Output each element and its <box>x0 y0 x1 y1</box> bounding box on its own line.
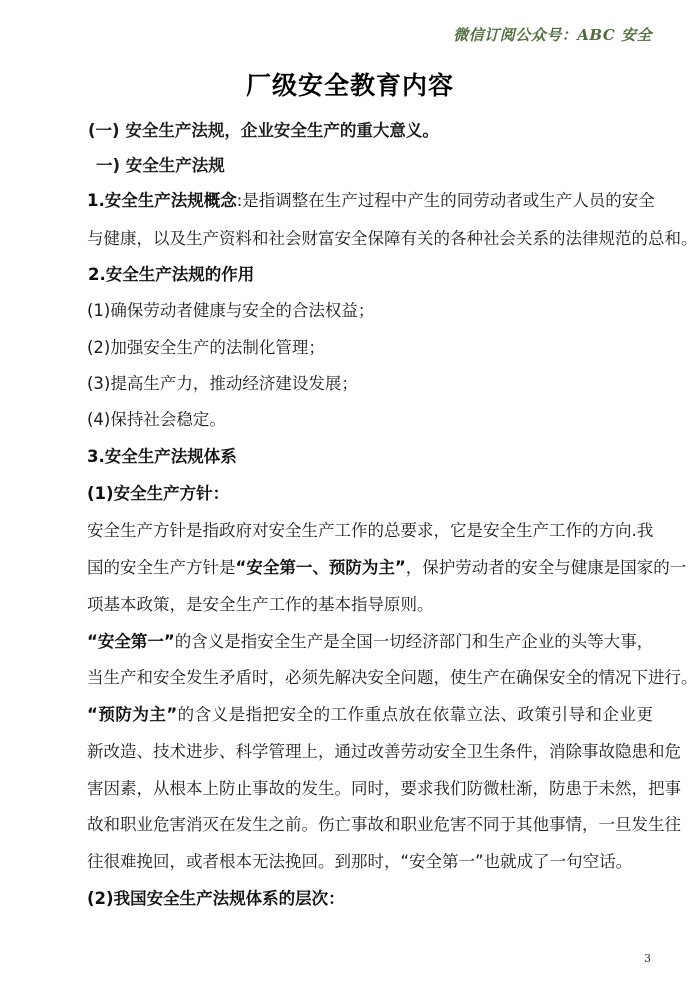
prevention-line-4: 故和职业危害消灭在发生之前。伤亡事故和职业危害不同于其他事情，一旦发生往 <box>87 814 653 836</box>
prevention-line-5: 往很难挽回，或者根本无法挽回。到那时，“安全第一”也就成了一句空话。 <box>87 851 632 873</box>
safety-first-emphasis: “安全第一” <box>87 632 175 651</box>
definition-line-1: 1.安全生产法规概念:是指调整在生产过程中产生的同劳动者或生产人员的安全 <box>87 190 653 212</box>
system-heading: 3.安全生产法规体系 <box>87 446 237 468</box>
definition-label: 1.安全生产法规概念 <box>87 191 237 210</box>
subsection-heading: 一) 安全生产法规 <box>96 155 225 177</box>
prevention-line-3: 害因素，从根本上防止事故的发生。同时，要求我们防微杜渐，防患于未然，把事 <box>87 778 653 800</box>
section-heading: (一) 安全生产法规，企业安全生产的重大意义。 <box>88 120 439 142</box>
policy-emphasis: “安全第一、预防为主” <box>236 558 406 577</box>
definition-text: :是指调整在生产过程中产生的同劳动者或生产人员的安全 <box>237 191 655 210</box>
policy-para-line-3: 项基本政策，是安全生产工作的基本指导原则。 <box>87 594 434 616</box>
policy-heading: (1)安全生产方针： <box>87 483 229 505</box>
function-point-4: (4)保持社会稳定。 <box>87 409 226 431</box>
function-point-2: (2)加强安全生产的法制化管理； <box>87 337 325 359</box>
function-point-1: (1)确保劳动者健康与安全的合法权益； <box>87 300 374 322</box>
definition-line-2: 与健康，以及生产资料和社会财富安全保障有关的各种社会关系的法律规范的总和。 <box>87 228 653 250</box>
safety-first-line-1: “安全第一”的含义是指安全生产是全国一切经济部门和生产企业的头等大事， <box>87 631 653 653</box>
page-number: 3 <box>644 952 651 965</box>
function-point-3: (3)提高生产力，推动经济建设发展； <box>87 373 358 395</box>
prevention-line-1: “预防为主”的含义是指把安全的工作重点放在依靠立法、政策引导和企业更 <box>87 704 653 726</box>
policy-para-line-2: 国的安全生产方针是“安全第一、预防为主”，保护劳动者的安全与健康是国家的一 <box>87 557 653 579</box>
hierarchy-heading: (2)我国安全生产法规体系的层次： <box>87 888 345 910</box>
prevention-line-2: 新改造、技术进步、科学管理上，通过改善劳动安全卫生条件，消除事故隐患和危 <box>87 741 653 763</box>
prevention-emphasis: “预防为主” <box>87 705 177 724</box>
page-title: 厂级安全教育内容 <box>0 66 700 102</box>
policy-para-line-1: 安全生产方针是指政府对安全生产工作的总要求，它是安全生产工作的方向.我 <box>87 520 653 542</box>
safety-first-line-2: 当生产和安全发生矛盾时，必须先解决安全问题，使生产在确保安全的情况下进行。 <box>87 667 653 689</box>
watermark: 微信订阅公众号：ABC 安全 <box>453 24 652 45</box>
functions-heading: 2.安全生产法规的作用 <box>88 264 254 286</box>
